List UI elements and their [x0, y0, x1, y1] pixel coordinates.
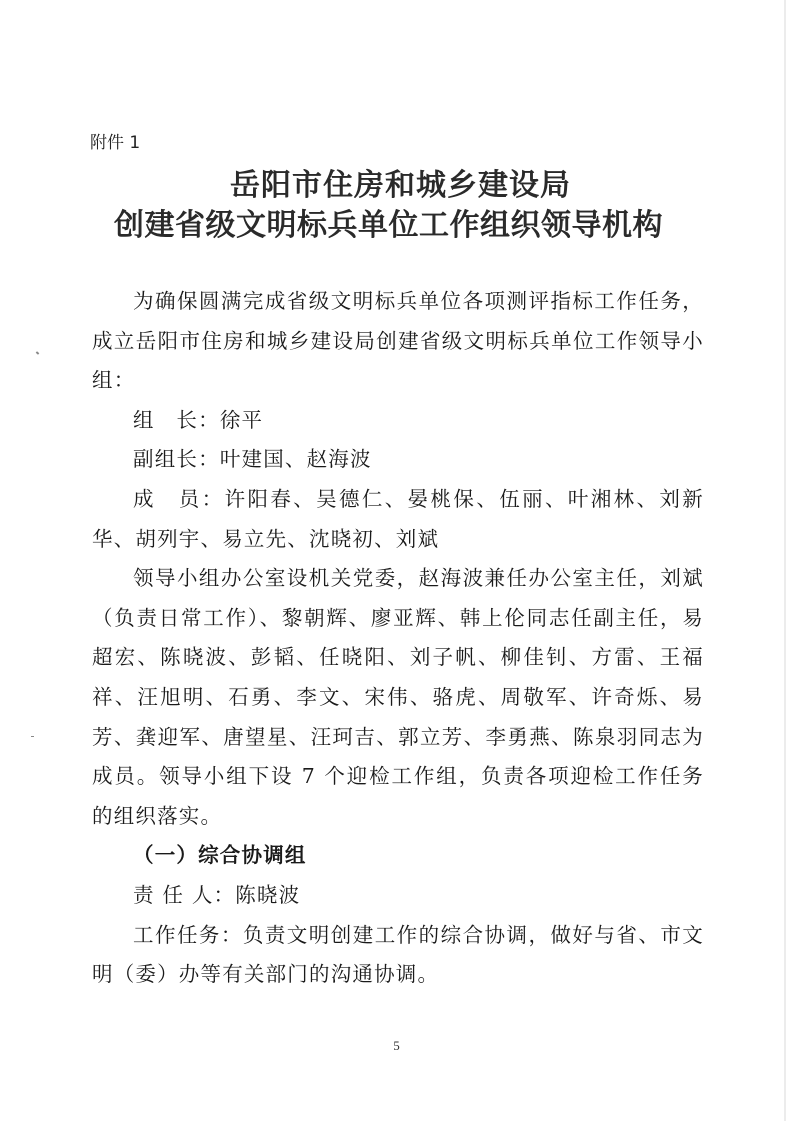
leader-line: 组 长：徐平 [92, 401, 704, 441]
office-paragraph: 领导小组办公室设机关党委，赵海波兼任办公室主任，刘斌（负责日常工作）、黎朝辉、廖… [92, 559, 704, 836]
responsible-label: 责 任 人： [133, 883, 235, 907]
document-title-line-1: 岳阳市住房和城乡建设局 [4, 160, 793, 204]
responsible-name: 陈晓波 [235, 883, 300, 907]
leader-label: 组 长： [133, 408, 220, 432]
scan-speck [36, 351, 40, 354]
intro-paragraph: 为确保圆满完成省级文明标兵单位各项测评指标工作任务，成立岳阳市住房和城乡建设局创… [92, 282, 704, 401]
page-number: 5 [0, 1038, 793, 1054]
scan-speck [31, 736, 34, 737]
section-heading-coordination: （一）综合协调组 [92, 836, 704, 876]
task-line: 工作任务：负责文明创建工作的综合协调，做好与省、市文明（委）办等有关部门的沟通协… [92, 916, 704, 995]
deputy-line: 副组长：叶建国、赵海波 [92, 440, 704, 480]
members-line: 成 员：许阳春、吴德仁、晏桃保、伍丽、叶湘林、刘新华、胡列宇、易立先、沈晓初、刘… [92, 480, 704, 559]
task-label: 工作任务： [133, 923, 243, 947]
leader-name: 徐平 [220, 408, 263, 432]
deputy-label: 副组长： [133, 447, 220, 471]
document-body: 为确保圆满完成省级文明标兵单位各项测评指标工作任务，成立岳阳市住房和城乡建设局创… [92, 282, 704, 995]
deputy-names: 叶建国、赵海波 [220, 447, 372, 471]
members-label: 成 员： [133, 487, 225, 511]
attachment-label: 附件 1 [90, 128, 140, 153]
responsible-line: 责 任 人：陈晓波 [92, 876, 704, 916]
document-title-line-2: 创建省级文明标兵单位工作组织领导机构 [0, 200, 785, 244]
